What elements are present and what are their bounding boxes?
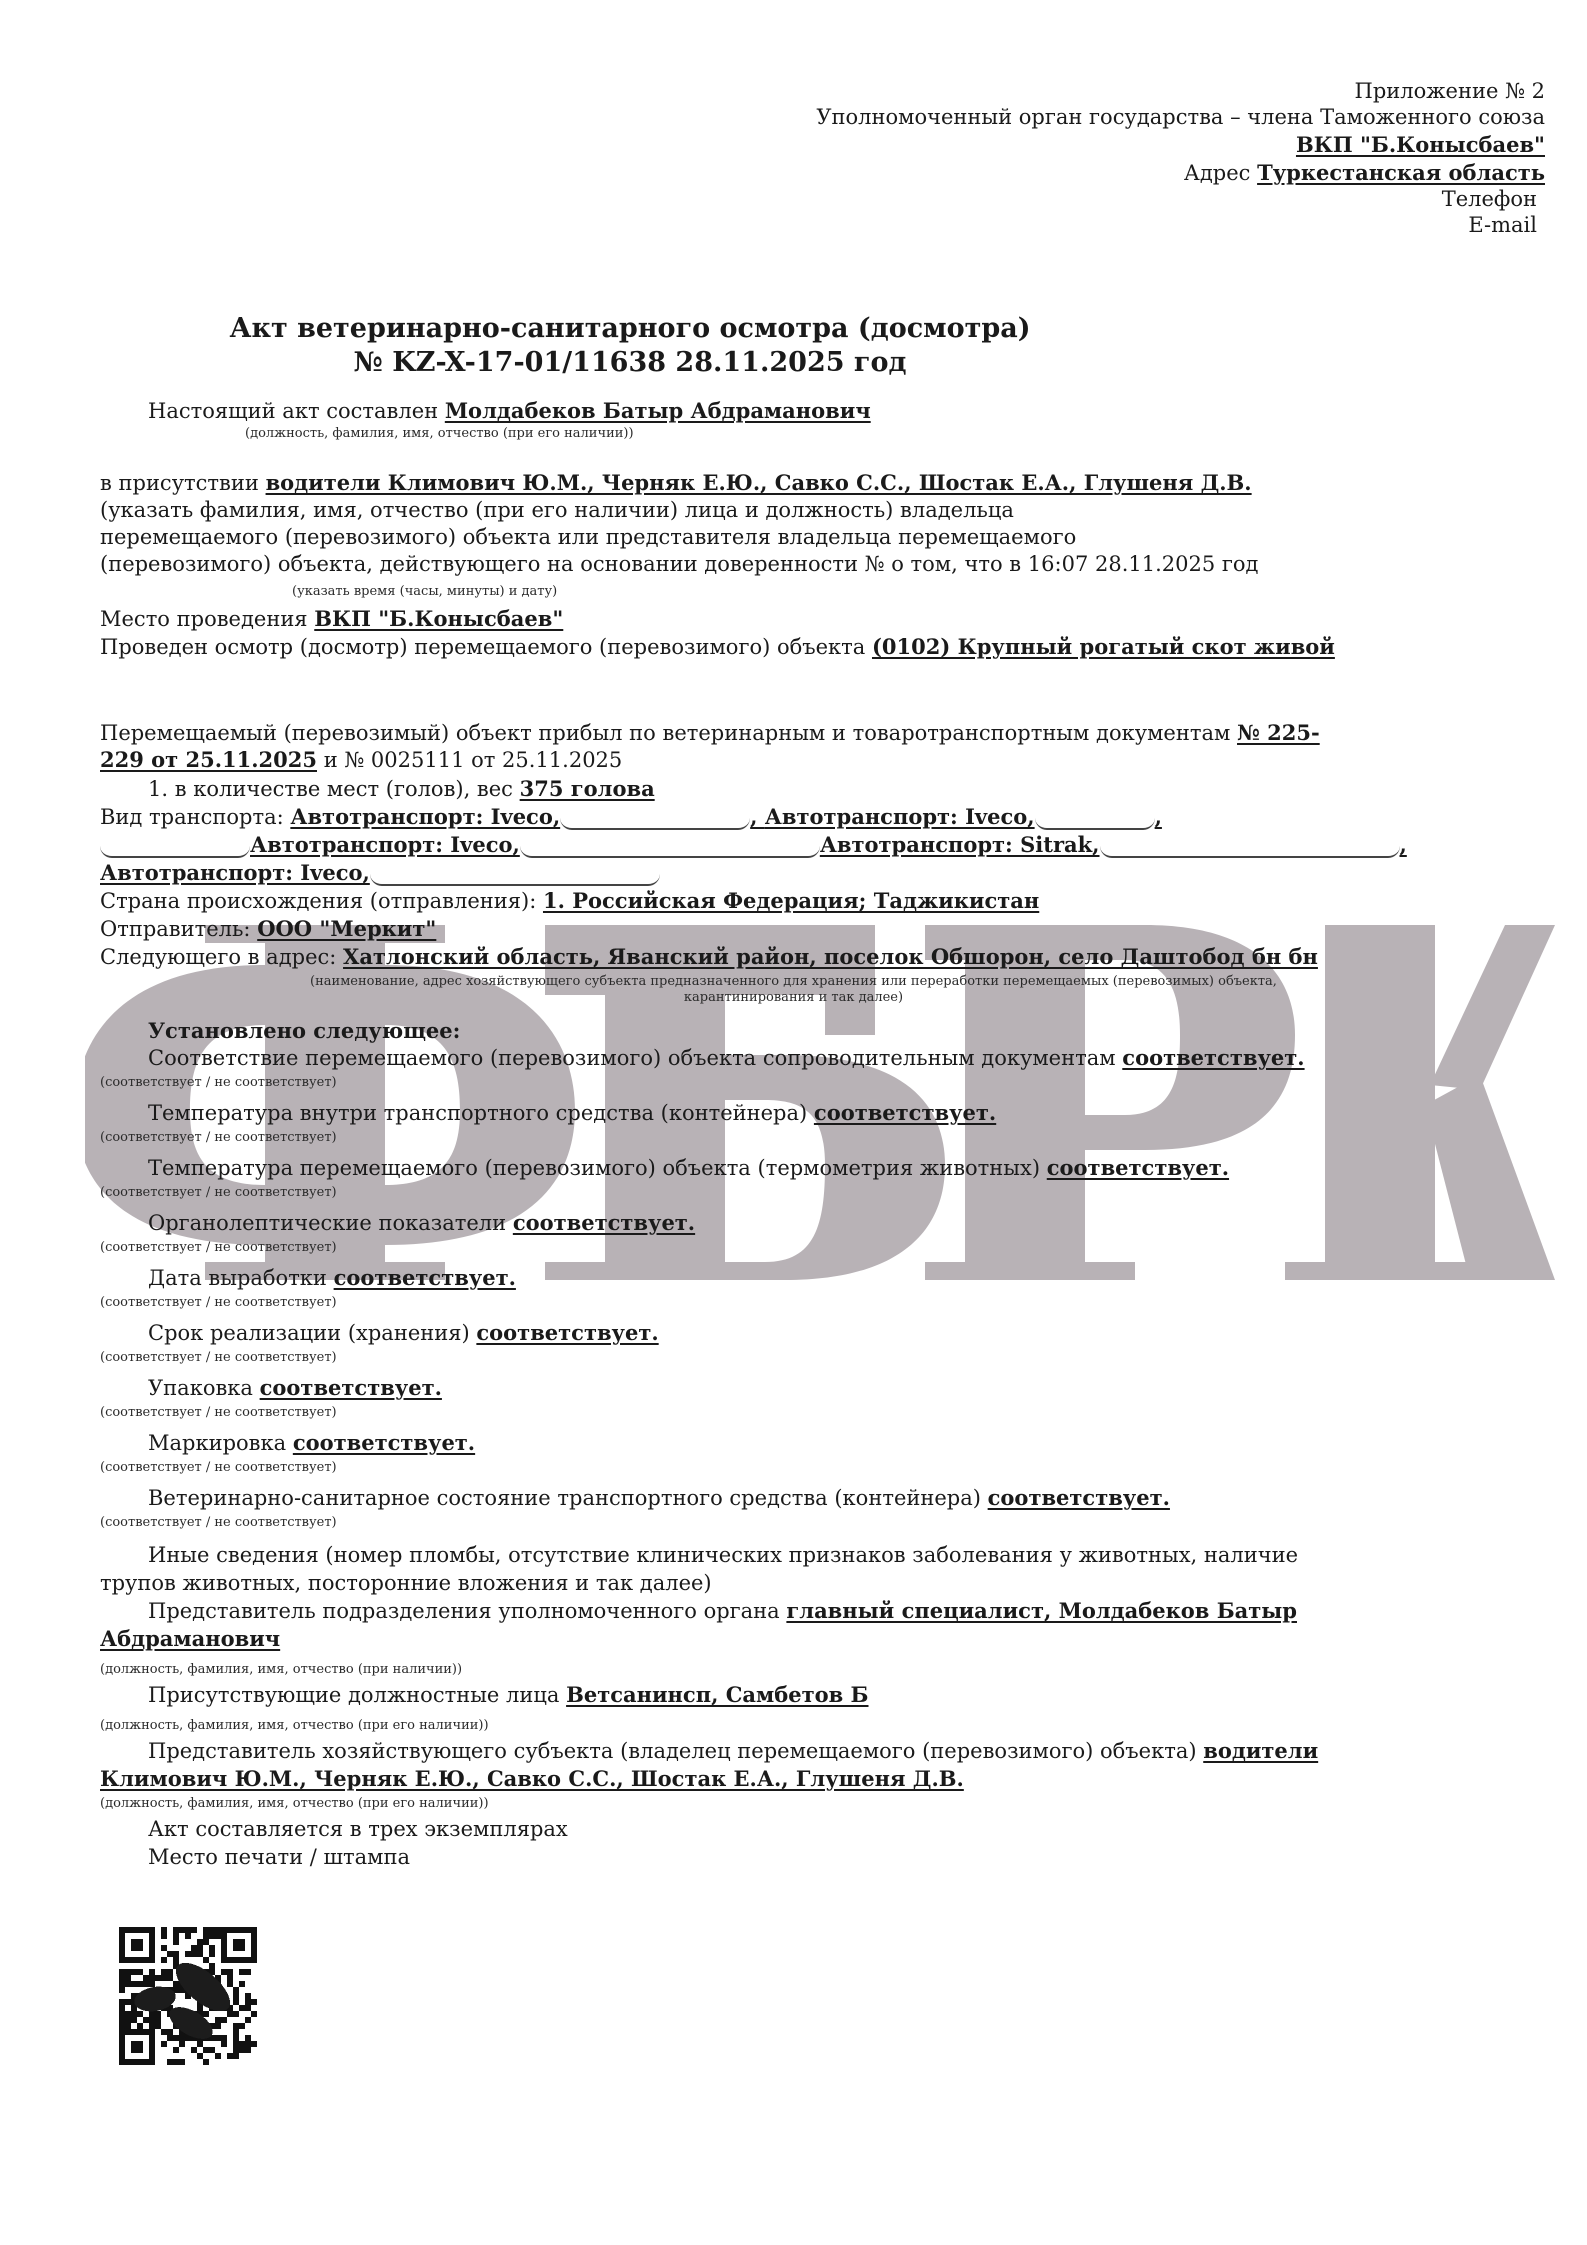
transport-item: Автотранспорт: Iveco, [100, 860, 370, 885]
transport-item: Автотранспорт: Iveco, [765, 804, 1035, 829]
finding-row: Температура перемещаемого (перевозимого)… [148, 1155, 1229, 1181]
destination-hint-2: карантинирования и так далее) [0, 990, 1587, 1006]
sender-row: Отправитель: ООО "Меркит" [100, 916, 436, 942]
document-page: Приложение № 2 Уполномоченный орган госу… [0, 0, 1587, 2245]
presence-text-2: (указать фамилия, имя, отчество (при его… [100, 497, 1014, 523]
presence-row: в присутствии водители Климович Ю.М., Че… [100, 470, 1252, 496]
presence-value: водители Климович Ю.М., Черняк Е.Ю., Сав… [266, 470, 1252, 495]
finding-hint: (соответствует / не соответствует) [100, 1185, 337, 1201]
origin-row: Страна происхождения (отправления): 1. Р… [100, 888, 1039, 914]
transport-item: Автотранспорт: Iveco, [250, 832, 520, 857]
inspection-value: (0102) Крупный рогатый скот живой [872, 634, 1335, 659]
quantity-value: 375 голова [520, 776, 655, 801]
finding-value: соответствует. [476, 1320, 658, 1345]
transport-row-2: Автотранспорт: Iveco,Автотранспорт: Sitr… [100, 832, 1407, 858]
finding-value: соответствует. [814, 1100, 996, 1125]
composer-value: Молдабеков Батыр Абдраманович [445, 398, 871, 423]
appendix-label: Приложение № 2 [1355, 78, 1546, 104]
finding-row: Дата выработки соответствует. [148, 1265, 516, 1291]
finding-row: Температура внутри транспортного средств… [148, 1100, 996, 1126]
other-info-2: трупов животных, посторонние вложения и … [100, 1570, 712, 1596]
finding-label: Маркировка [148, 1431, 286, 1455]
officials-value: Ветсанинсп, Самбетов Б [566, 1682, 868, 1707]
finding-row: Упаковка соответствует. [148, 1375, 442, 1401]
place-row: Место проведения ВКП "Б.Конысбаев" [100, 606, 563, 632]
destination-hint-1: (наименование, адрес хозяйствующего субъ… [0, 974, 1587, 990]
documents-rest: и № 0025111 от 25.11.2025 [324, 748, 623, 772]
finding-label: Температура внутри транспортного средств… [148, 1101, 807, 1125]
destination-value: Хатлонский область, Яванский район, посе… [343, 944, 1318, 969]
representative-row-2: Абдраманович [100, 1626, 280, 1652]
composer-label: Настоящий акт составлен [148, 399, 438, 423]
owner-rep-row: Представитель хозяйствующего субъекта (в… [148, 1738, 1318, 1764]
representative-label: Представитель подразделения уполномоченн… [148, 1599, 780, 1623]
qr-code-graphic [113, 1920, 263, 2072]
inspection-row: Проведен осмотр (досмотр) перемещаемого … [100, 634, 1335, 660]
finding-value: соответствует. [334, 1265, 516, 1290]
transport-row-3: Автотранспорт: Iveco, [100, 860, 660, 886]
finding-hint: (соответствует / не соответствует) [100, 1130, 337, 1146]
phone-label: Телефон [1442, 186, 1537, 212]
finding-row: Органолептические показатели соответству… [148, 1210, 695, 1236]
document-title: Акт ветеринарно-санитарного осмотра (дос… [50, 312, 1210, 346]
redacted-plate [370, 860, 660, 886]
presence-text-3: перемещаемого (перевозимого) объекта или… [100, 524, 1076, 550]
authority-name: ВКП "Б.Конысбаев" [1296, 132, 1545, 158]
officials-hint: (должность, фамилия, имя, отчество (при … [100, 1718, 489, 1734]
findings-heading: Установлено следующее: [148, 1018, 460, 1044]
finding-hint: (соответствует / не соответствует) [100, 1460, 337, 1476]
officials-row: Присутствующие должностные лица Ветсанин… [148, 1682, 869, 1708]
finding-row: Ветеринарно-санитарное состояние транспо… [148, 1485, 1170, 1511]
finding-row: Соответствие перемещаемого (перевозимого… [148, 1045, 1305, 1071]
finding-hint: (соответствует / не соответствует) [100, 1405, 337, 1421]
separator: , [750, 804, 765, 829]
representative-hint: (должность, фамилия, имя, отчество (при … [100, 1662, 462, 1678]
other-info-1: Иные сведения (номер пломбы, отсутствие … [148, 1542, 1298, 1568]
finding-row: Маркировка соответствует. [148, 1430, 475, 1456]
quantity-row: 1. в количестве мест (голов), вес 375 го… [148, 776, 655, 802]
finding-label: Срок реализации (хранения) [148, 1321, 470, 1345]
representative-value-1: главный специалист, Молдабеков Батыр [786, 1598, 1297, 1623]
separator: , [1400, 832, 1407, 857]
finding-row: Срок реализации (хранения) соответствует… [148, 1320, 659, 1346]
finding-value: соответствует. [293, 1430, 475, 1455]
quantity-label: 1. в количестве мест (голов), вес [148, 777, 513, 801]
stamp-place: Место печати / штампа [148, 1844, 410, 1870]
finding-value: соответствует. [988, 1485, 1170, 1510]
redacted-plate [1035, 804, 1155, 830]
finding-hint: (соответствует / не соответствует) [100, 1075, 337, 1091]
documents-value-1: № 225- [1237, 720, 1320, 745]
address-value: Туркестанская область [1257, 160, 1545, 185]
transport-label: Вид транспорта: [100, 805, 284, 829]
finding-value: соответствует. [260, 1375, 442, 1400]
finding-label: Дата выработки [148, 1266, 327, 1290]
owner-rep-row-2: Климович Ю.М., Черняк Е.Ю., Савко С.С., … [100, 1766, 964, 1792]
documents-row: Перемещаемый (перевозимый) объект прибыл… [100, 720, 1320, 746]
qr-code-icon [113, 1920, 263, 2072]
redacted-plate [1100, 832, 1400, 858]
address-row: Адрес Туркестанская область [1184, 160, 1545, 186]
documents-row-2: 229 от 25.11.2025 и № 0025111 от 25.11.2… [100, 747, 622, 773]
redacted-plate [520, 832, 820, 858]
document-number: № KZ-X-17-01/11638 28.11.2025 год [50, 346, 1210, 380]
presence-hint: (указать время (часы, минуты) и дату) [292, 584, 557, 600]
representative-value-2: Абдраманович [100, 1626, 280, 1651]
copies-note: Акт составляется в трех экземплярах [148, 1816, 568, 1842]
authority-label: Уполномоченный орган государства – члена… [816, 104, 1545, 130]
finding-hint: (соответствует / не соответствует) [100, 1515, 337, 1531]
finding-label: Ветеринарно-санитарное состояние транспо… [148, 1486, 981, 1510]
owner-rep-hint: (должность, фамилия, имя, отчество (при … [100, 1796, 489, 1812]
finding-label: Соответствие перемещаемого (перевозимого… [148, 1046, 1116, 1070]
inspection-label: Проведен осмотр (досмотр) перемещаемого … [100, 635, 865, 659]
email-label: E-mail [1468, 212, 1537, 238]
owner-rep-label: Представитель хозяйствующего субъекта (в… [148, 1739, 1197, 1763]
sender-value: ООО "Меркит" [257, 916, 436, 941]
officials-label: Присутствующие должностные лица [148, 1683, 559, 1707]
finding-value: соответствует. [513, 1210, 695, 1235]
finding-hint: (соответствует / не соответствует) [100, 1350, 337, 1366]
finding-value: соответствует. [1047, 1155, 1229, 1180]
destination-row: Следующего в адрес: Хатлонский область, … [100, 944, 1318, 970]
composer-hint: (должность, фамилия, имя, отчество (при … [245, 426, 634, 442]
redacted-plate [100, 832, 250, 858]
transport-item: Автотранспорт: Iveco, [290, 804, 560, 829]
documents-value-2: 229 от 25.11.2025 [100, 747, 317, 772]
finding-value: соответствует. [1122, 1045, 1304, 1070]
address-label: Адрес [1184, 161, 1250, 185]
documents-label: Перемещаемый (перевозимый) объект прибыл… [100, 721, 1230, 745]
presence-label: в присутствии [100, 471, 259, 495]
place-value: ВКП "Б.Конысбаев" [314, 606, 563, 631]
finding-label: Органолептические показатели [148, 1211, 506, 1235]
composer-row: Настоящий акт составлен Молдабеков Батыр… [148, 398, 871, 424]
transport-item: Автотранспорт: Sitrak, [820, 832, 1100, 857]
place-label: Место проведения [100, 607, 308, 631]
origin-value: 1. Российская Федерация; Таджикистан [543, 888, 1039, 913]
finding-hint: (соответствует / не соответствует) [100, 1295, 337, 1311]
owner-rep-value-2: Климович Ю.М., Черняк Е.Ю., Савко С.С., … [100, 1766, 964, 1791]
transport-row-1: Вид транспорта: Автотранспорт: Iveco,, А… [100, 804, 1162, 830]
redacted-plate [560, 804, 750, 830]
sender-label: Отправитель: [100, 917, 251, 941]
finding-hint: (соответствует / не соответствует) [100, 1240, 337, 1256]
presence-text-4: (перевозимого) объекта, действующего на … [100, 551, 1259, 577]
origin-label: Страна происхождения (отправления): [100, 889, 536, 913]
separator: , [1155, 804, 1162, 829]
finding-label: Упаковка [148, 1376, 253, 1400]
finding-label: Температура перемещаемого (перевозимого)… [148, 1156, 1040, 1180]
owner-rep-value-1: водители [1203, 1738, 1318, 1763]
representative-row: Представитель подразделения уполномоченн… [148, 1598, 1297, 1624]
destination-label: Следующего в адрес: [100, 945, 336, 969]
